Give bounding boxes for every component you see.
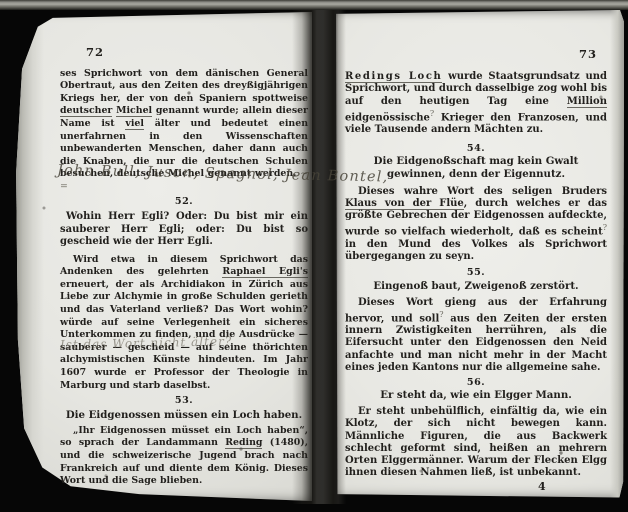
underlined-word: Raphael Egli's	[222, 266, 308, 278]
section-number-54: 54.	[345, 143, 607, 155]
text-segment: eidgenössische	[345, 112, 430, 123]
paragraph-continuation: Redings Loch wurde Staatsgrundsatz und S…	[345, 71, 607, 136]
text-segment: in den Mund des Volkes als Sprichwort üb…	[345, 239, 607, 262]
section-number-52: 52.	[60, 196, 308, 209]
underlined-word: viel	[125, 118, 144, 130]
underlined-word: Michel	[116, 105, 152, 117]
proverb-heading-53: Die Eidgenossen müssen ein Loch haben.	[60, 409, 308, 422]
underlined-word: deutscher	[60, 105, 112, 117]
book-photo: 72 ses Sprichwort von dem dänischen Gene…	[0, 0, 628, 512]
section-number-56: 56.	[345, 377, 607, 389]
page-73-text-block: 73 Redings Loch wurde Staatsgrundsatz un…	[345, 48, 607, 494]
underlined-word: Reding	[225, 437, 262, 449]
page-number-right: 73	[345, 48, 597, 60]
underlined-word: Million	[567, 96, 607, 108]
section-number-53: 53.	[60, 395, 308, 408]
proverb-heading-52: Wohin Herr Egli? Oder: Du bist mir ein s…	[60, 211, 308, 249]
paragraph-56: Er steht unbehülflich, einfältig da, wie…	[345, 406, 607, 479]
page-number-left: 72	[86, 46, 308, 59]
underlined-word: Redings Loch	[345, 71, 442, 83]
book-top-edge	[0, 0, 628, 10]
paragraph-55: Dieses Wort gieng aus der Erfahrung herv…	[345, 297, 607, 375]
text-segment: ses Sprichwort von dem dänischen General…	[60, 68, 308, 104]
paragraph-52: Wird etwa in diesem Sprichwort das Anden…	[60, 254, 308, 393]
text-segment: Dieses wahre Wort des seligen Bruders	[358, 186, 607, 197]
underlined-word: Klaus von der Flüe	[345, 198, 464, 210]
section-number-55: 55.	[345, 267, 607, 279]
page-72-text-block: 72 ses Sprichwort von dem dänischen Gene…	[60, 46, 308, 488]
pencil-question-mark: ?	[603, 223, 607, 232]
signature-mark: 4	[345, 481, 607, 493]
paragraph-53: „Ihr Eidgenossen müsset ein Loch haben“,…	[60, 425, 308, 488]
proverb-heading-56: Er steht da, wie ein Elgger Mann.	[345, 389, 607, 402]
text-segment: erneuert, der als Archidiakon in Zürich …	[60, 279, 308, 391]
proverb-heading-55: Eingenoß baut, Zweigenoß zerstört.	[345, 280, 607, 293]
page-left-deckle-edge	[14, 10, 44, 502]
paragraph-54: Dieses wahre Wort des seligen Bruders Kl…	[345, 186, 607, 264]
proverb-heading-54: Die Eidgenoßschaft mag kein Gwalt gewinn…	[345, 155, 607, 181]
paragraph-continuation: ses Sprichwort von dem dänischen General…	[60, 68, 308, 194]
page-right-fore-edge	[610, 10, 624, 499]
